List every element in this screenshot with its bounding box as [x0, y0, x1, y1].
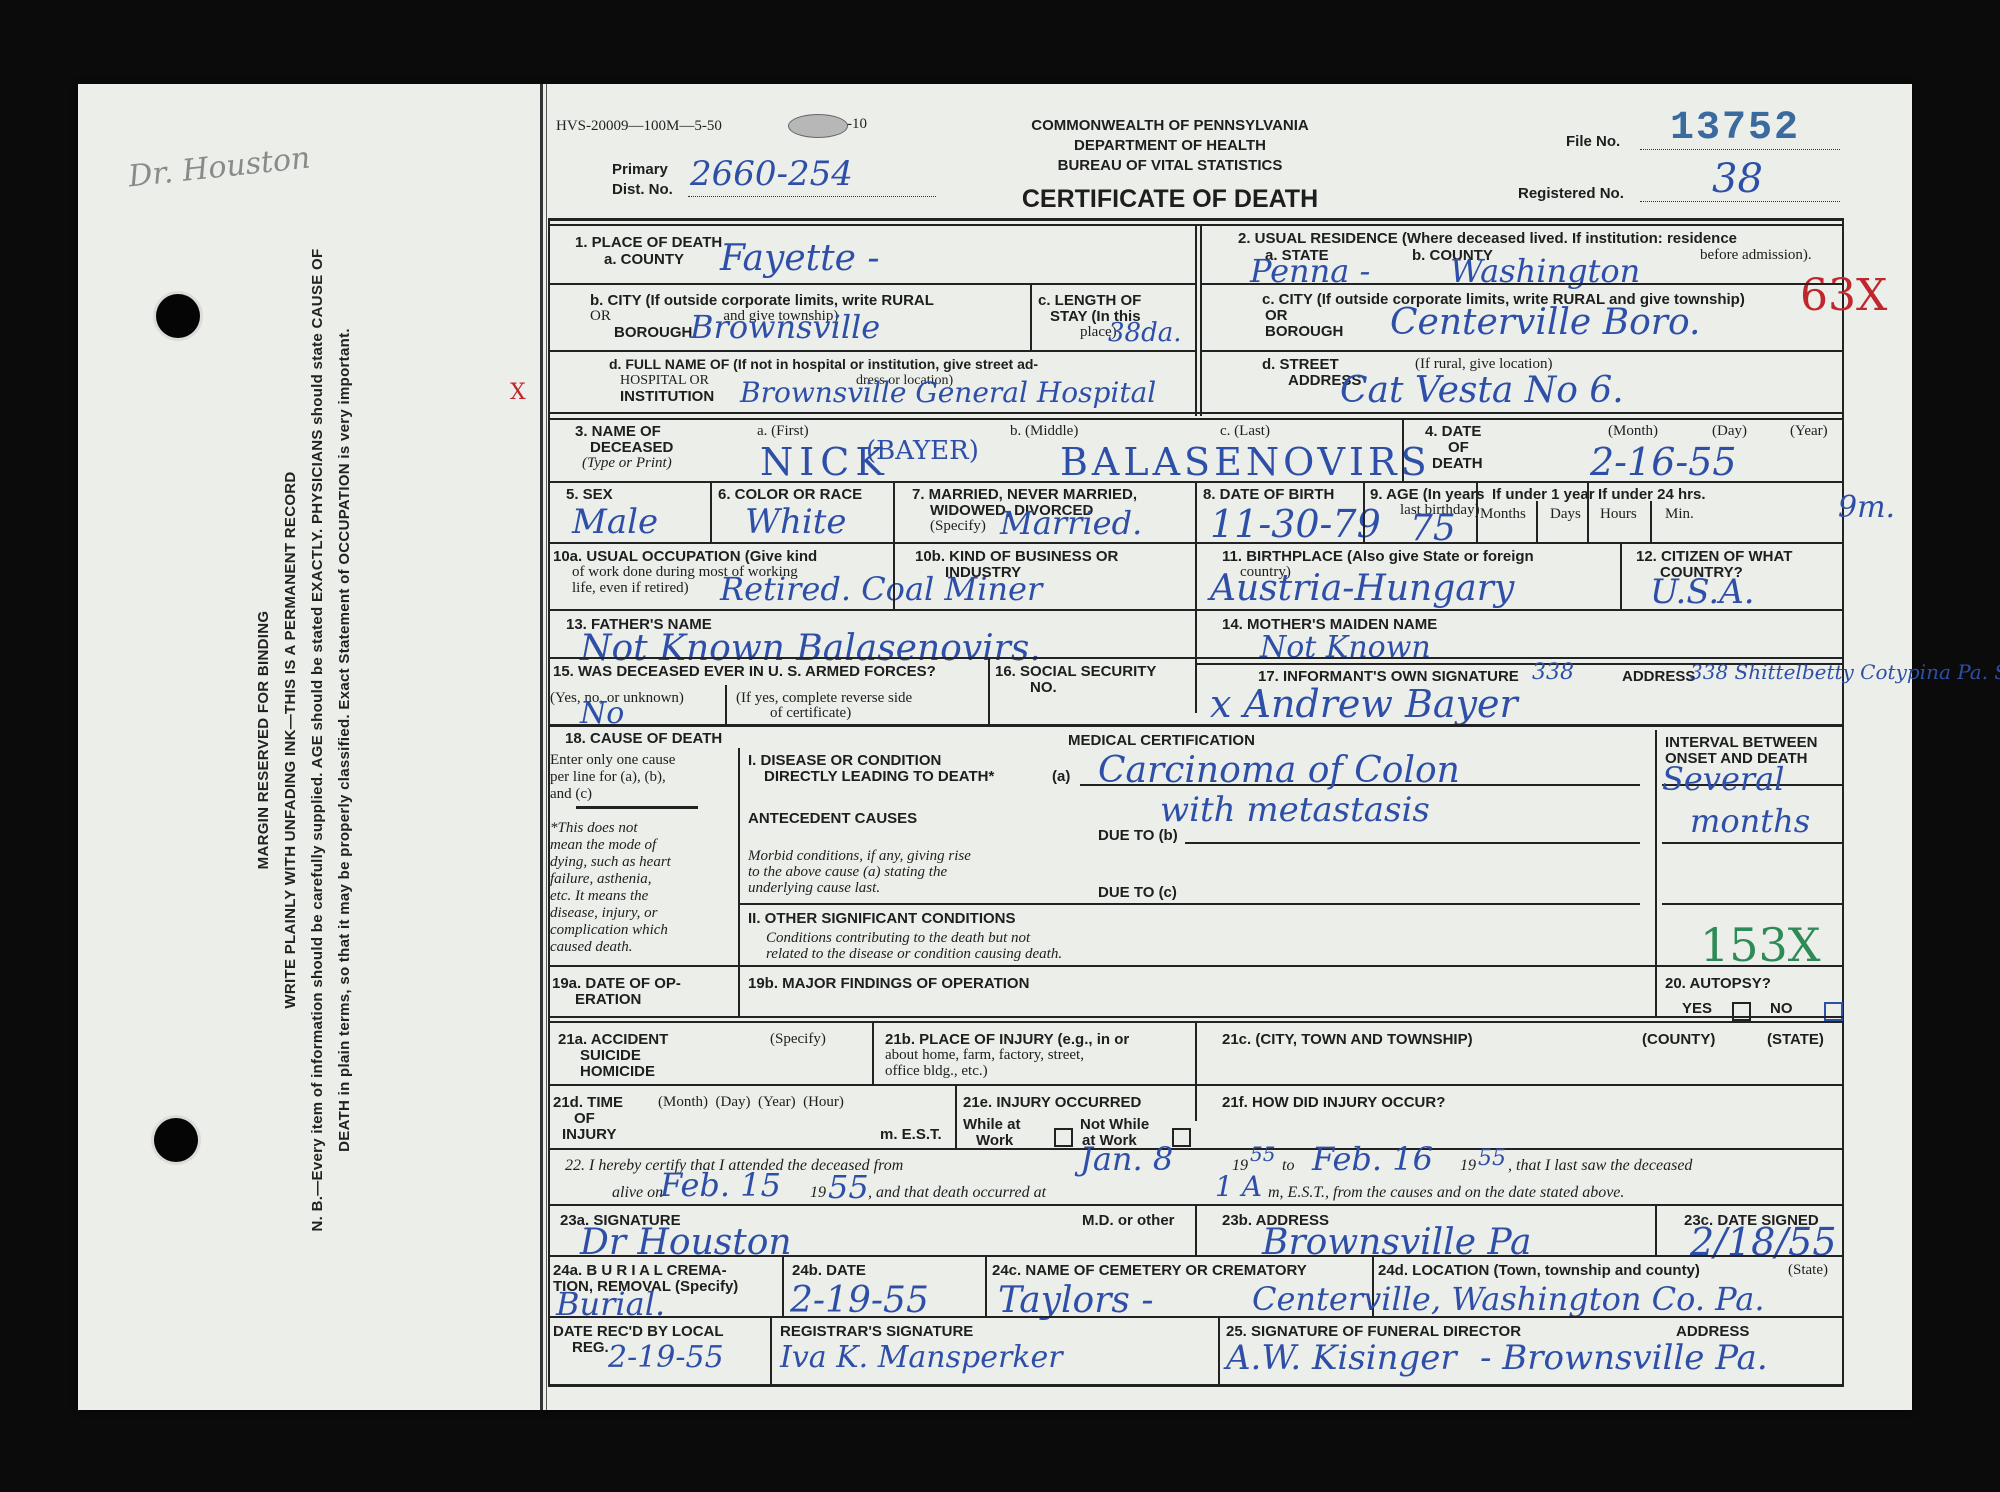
- col-divider-1: [1195, 224, 1197, 416]
- form-bottom-rule: [548, 1384, 1844, 1387]
- work-label: Work: [976, 1132, 1013, 1149]
- rule: [548, 965, 1844, 967]
- min-label: Min.: [1665, 506, 1694, 523]
- col-divider: [893, 481, 895, 543]
- burial-date-value: 2-19-55: [790, 1280, 929, 1321]
- footnote-line: caused death.: [550, 939, 738, 956]
- rule: [548, 283, 1196, 285]
- certify-to: to: [1282, 1157, 1294, 1174]
- city-value: Brownsville: [690, 308, 880, 346]
- col-divider: [872, 1021, 874, 1085]
- col-divider: [738, 965, 740, 1017]
- dod-label: 4. DATE: [1425, 423, 1481, 440]
- antecedent-label: ANTECEDENT CAUSES: [748, 810, 917, 827]
- footnote-line: mean the mode of: [550, 837, 738, 854]
- not-while-label: Not While: [1080, 1116, 1149, 1133]
- rule-thick: [548, 724, 1844, 727]
- col-divider: [710, 481, 712, 543]
- col-divider: [1195, 1204, 1197, 1256]
- interval-value-2: months: [1690, 802, 1810, 840]
- margin-line-1: MARGIN RESERVED FOR BINDING: [250, 100, 277, 1380]
- marital-label: 7. MARRIED, NEVER MARRIED,: [912, 486, 1137, 503]
- md-or-other-label: M.D. or other: [1082, 1212, 1175, 1229]
- residence-label: 2. USUAL RESIDENCE (Where deceased lived…: [1238, 230, 1737, 247]
- part2-label: II. OTHER SIGNIFICANT CONDITIONS: [748, 910, 1016, 927]
- instruction-line: and (c): [550, 786, 738, 803]
- cause-a-value: Carcinoma of Colon: [1098, 750, 1460, 791]
- col-divider: [1476, 481, 1478, 543]
- due-to-b-label: DUE TO (b): [1098, 827, 1178, 844]
- org-line-3: BUREAU OF VITAL STATISTICS: [1000, 157, 1340, 174]
- certify-19-c: 19: [810, 1184, 826, 1201]
- cause-instructions: Enter only one cause per line for (a), (…: [550, 752, 738, 803]
- col-divider: [738, 748, 740, 966]
- county-label: a. COUNTY: [604, 251, 684, 268]
- sex-value: Male: [572, 502, 658, 542]
- residence-city-value: Centerville Boro.: [1390, 302, 1700, 343]
- middle-name-value: (BAYER): [866, 436, 979, 466]
- birthplace-value: Austria-Hungary: [1210, 568, 1514, 609]
- footnote-line: failure, asthenia,: [550, 871, 738, 888]
- certify-line-1-e: , that I last saw the deceased: [1508, 1157, 1692, 1174]
- margin-line-4: DEATH in plain terms, so that it may be …: [331, 100, 358, 1380]
- col-divider: [1536, 501, 1538, 543]
- dod-of-label: OF: [1448, 439, 1469, 456]
- footnote-line: etc. It means the: [550, 888, 738, 905]
- hospital-label: d. FULL NAME OF (If not in hospital or i…: [609, 356, 1038, 373]
- funeral-director-signature: A.W. Kisinger: [1226, 1338, 1457, 1378]
- burial-type-label: 24a. B U R I A L CREMA-: [553, 1262, 727, 1279]
- place-of-injury-label: 21b. PLACE OF INJURY (e.g., in or: [885, 1031, 1129, 1048]
- autopsy-no-label: NO: [1770, 1000, 1793, 1017]
- autopsy-label: 20. AUTOPSY?: [1665, 975, 1771, 992]
- operation-findings-label: 19b. MAJOR FINDINGS OF OPERATION: [748, 975, 1029, 992]
- place-of-death-label: 1. PLACE OF DEATH: [575, 234, 722, 251]
- morbid-line-1: Morbid conditions, if any, giving rise: [748, 848, 971, 865]
- part2-line-1: Conditions contributing to the death but…: [766, 930, 1030, 947]
- street-value: Cat Vesta No 6.: [1340, 370, 1624, 411]
- burial-state-label: (State): [1788, 1262, 1828, 1279]
- death-time-value: 1 A: [1215, 1170, 1262, 1203]
- cause-label: 18. CAUSE OF DEATH: [565, 730, 722, 747]
- minutes-side-note: 9m.: [1838, 490, 1895, 525]
- interval-line-b: [1662, 842, 1842, 844]
- cemetery-value: Taylors -: [998, 1280, 1154, 1321]
- col-divider: [985, 1255, 987, 1317]
- informant-house-number: 338: [1532, 660, 1574, 685]
- deceased-label: DECEASED: [590, 439, 673, 456]
- org-line-2: DEPARTMENT OF HEALTH: [1000, 137, 1340, 154]
- last-label: c. (Last): [1220, 423, 1270, 440]
- place-of-injury-label-3: office bldg., etc.): [885, 1063, 988, 1080]
- operation-date-label-2: ERATION: [575, 991, 641, 1008]
- rule-double: [548, 1016, 1844, 1018]
- burial-location-label: 24d. LOCATION (Town, township and county…: [1378, 1262, 1700, 1279]
- suicide-label: SUICIDE: [580, 1047, 641, 1064]
- margin-line-3: N. B.—Every item of information should b…: [304, 100, 331, 1380]
- col-divider: [1587, 481, 1589, 543]
- rule: [548, 1084, 1844, 1086]
- col-divider-1b: [1200, 224, 1202, 416]
- certify-line-2-d: m, E.S.T., from the causes and on the da…: [1268, 1184, 1624, 1201]
- county-value: Fayette -: [720, 238, 880, 279]
- alive-on-year: 55: [828, 1168, 869, 1206]
- red-check-mark: X: [510, 380, 526, 405]
- footnote-line: disease, injury, or: [550, 905, 738, 922]
- registrar-signature-label: REGISTRAR'S SIGNATURE: [780, 1323, 973, 1340]
- rule: [548, 350, 1196, 352]
- attended-to-year: 55: [1478, 1146, 1506, 1171]
- funeral-director-address-value: - Brownsville Pa.: [1480, 1338, 1768, 1378]
- dod-death-label: DEATH: [1432, 455, 1483, 472]
- cemetery-label: 24c. NAME OF CEMETERY OR CREMATORY: [992, 1262, 1307, 1279]
- first-label: a. (First): [757, 423, 809, 440]
- punch-hole-top: [156, 294, 200, 338]
- place-of-injury-label-2: about home, farm, factory, street,: [885, 1047, 1084, 1064]
- rule: [548, 1255, 1844, 1257]
- ssn-label: 16. SOCIAL SECURITY: [995, 663, 1156, 680]
- month-label: (Month): [1608, 423, 1658, 440]
- org-line-1: COMMONWEALTH OF PENNSYLVANIA: [1000, 117, 1340, 134]
- occupation-label: 10a. USUAL OCCUPATION (Give kind: [553, 548, 817, 565]
- col-divider: [1655, 730, 1657, 966]
- part1-label-2: DIRECTLY LEADING TO DEATH*: [764, 768, 994, 785]
- mother-value: Not Known: [1260, 630, 1431, 665]
- registrar-signature: Iva K. Mansperker: [780, 1340, 1063, 1375]
- col-divider: [1655, 1204, 1657, 1256]
- day-label: (Day): [1712, 423, 1747, 440]
- col-divider: [988, 657, 990, 725]
- accident-label: 21a. ACCIDENT: [558, 1031, 668, 1048]
- autopsy-yes-label: YES: [1682, 1000, 1712, 1017]
- time-of-label: OF: [574, 1110, 595, 1127]
- last-name-value: BALASENOVIRS: [1060, 440, 1431, 484]
- rule-double-2: [548, 418, 1844, 420]
- alive-on-value: Feb. 15: [660, 1166, 781, 1204]
- injury-occurred-label: 21e. INJURY OCCURRED: [963, 1094, 1141, 1111]
- col-divider: [725, 685, 727, 725]
- street-label: d. STREET: [1262, 356, 1339, 373]
- form-code: HVS-20009—100M—5-50: [556, 118, 722, 135]
- type-or-print-label: (Type or Print): [582, 455, 672, 472]
- col-divider: [1363, 481, 1365, 543]
- rule: [548, 657, 1844, 659]
- red-coding-note: 63X: [1800, 270, 1887, 321]
- race-label: 6. COLOR OR RACE: [718, 486, 862, 503]
- cause-b-line: [1185, 842, 1640, 844]
- cause-a-value-2: with metastasis: [1160, 790, 1430, 830]
- injury-state-label: (STATE): [1767, 1031, 1824, 1048]
- dob-label: 8. DATE OF BIRTH: [1203, 486, 1334, 503]
- not-while-at-work-checkbox[interactable]: [1172, 1128, 1191, 1147]
- occupation-label-3: life, even if retired): [572, 580, 689, 597]
- informant-address-label: ADDRESS: [1622, 668, 1695, 685]
- informant-signature: x Andrew Bayer: [1210, 682, 1518, 726]
- registered-no-label: Registered No.: [1518, 185, 1624, 202]
- injury-city-label: 21c. (CITY, TOWN AND TOWNSHIP): [1222, 1031, 1473, 1048]
- homicide-label: HOMICIDE: [580, 1063, 655, 1080]
- stay-value: 38da.: [1108, 318, 1182, 348]
- due-to-c-label: DUE TO (c): [1098, 884, 1177, 901]
- interval-value: Several: [1662, 760, 1784, 798]
- binding-rule: [540, 84, 543, 1410]
- year-label: (Year): [1790, 423, 1828, 440]
- how-injury-label: 21f. HOW DID INJURY OCCUR?: [1222, 1094, 1445, 1111]
- morbid-line-2: to the above cause (a) stating the: [748, 864, 947, 881]
- armed-forces-hint-3: of certificate): [770, 705, 851, 722]
- col-divider: [1195, 542, 1197, 610]
- dist-no-underline: [688, 196, 936, 198]
- residence-or-label: OR: [1265, 307, 1288, 324]
- attended-from-year: 55: [1250, 1142, 1275, 1166]
- margin-line-2: WRITE PLAINLY WITH UNFADING INK—THIS IS …: [277, 100, 304, 1380]
- col-divider: [1030, 283, 1032, 351]
- punch-hole-bottom: [154, 1118, 198, 1162]
- days-label: Days: [1550, 506, 1581, 523]
- name-label: 3. NAME OF: [575, 423, 661, 440]
- dob-value: 11-30-79: [1210, 502, 1381, 546]
- footnote-line: dying, such as heart: [550, 854, 738, 871]
- medical-certification-label: MEDICAL CERTIFICATION: [1068, 732, 1255, 749]
- form-right-border: [1842, 218, 1844, 1386]
- col-divider: [893, 542, 895, 610]
- stay-label: c. LENGTH OF: [1038, 292, 1141, 309]
- union-suffix: -10: [847, 116, 867, 133]
- citizen-label: 12. CITIZEN OF WHAT: [1636, 548, 1792, 565]
- dist-no-label: Dist. No.: [612, 181, 673, 198]
- citizen-value: U.S.A.: [1650, 572, 1755, 612]
- certify-death-occurred: , and that death occurred at: [868, 1184, 1046, 1201]
- middle-label: b. (Middle): [1010, 423, 1078, 440]
- residence-borough-label: BOROUGH: [1265, 323, 1343, 340]
- cause-a-label: (a): [1052, 768, 1070, 785]
- part2-line-2: related to the disease or condition caus…: [766, 946, 1062, 963]
- col-divider: [1195, 1021, 1197, 1121]
- while-at-work-label: While at: [963, 1116, 1021, 1133]
- age-label: 9. AGE (In years: [1370, 486, 1485, 503]
- months-label: Months: [1480, 506, 1526, 523]
- date-received-value: 2-19-55: [608, 1340, 724, 1375]
- col-divider: [1655, 965, 1657, 1017]
- interval-line-c: [1662, 903, 1842, 905]
- injury-county-label: (COUNTY): [1642, 1031, 1715, 1048]
- form-top-rule: [548, 218, 1844, 221]
- instruction-line: per line for (a), (b),: [550, 769, 738, 786]
- industry-label: INDUSTRY: [945, 564, 1021, 581]
- rule: [548, 1148, 1844, 1150]
- col-divider: [782, 1255, 784, 1317]
- certify-19-b: 19: [1460, 1157, 1476, 1174]
- specify-label: (Specify): [770, 1031, 826, 1048]
- ssn-label-2: NO.: [1030, 679, 1057, 696]
- marital-value: Married.: [1000, 504, 1142, 542]
- city-label: b. CITY (If outside corporate limits, wr…: [590, 292, 934, 309]
- hours-label: Hours: [1600, 506, 1637, 523]
- burial-date-label: 24b. DATE: [792, 1262, 866, 1279]
- rule: [1200, 350, 1842, 352]
- armed-forces-label: 15. WAS DECEASED EVER IN U. S. ARMED FOR…: [553, 663, 936, 680]
- autopsy-no-checkbox-checked[interactable]: [1824, 1002, 1843, 1021]
- birthplace-label: 11. BIRTHPLACE (Also give State or forei…: [1222, 548, 1534, 565]
- file-no-value: 13752: [1670, 106, 1800, 151]
- sex-label: 5. SEX: [566, 486, 613, 503]
- col-divider: [1218, 1316, 1220, 1384]
- reg-label: REG.: [572, 1339, 609, 1356]
- informant-address-value: 338 Shittelbetty Cotypina Pa. St.: [1690, 660, 2000, 684]
- before-admission-label: before admission).: [1700, 247, 1812, 264]
- attended-to-value: Feb. 16: [1312, 1140, 1433, 1178]
- time-of-injury-label: 21d. TIME: [553, 1094, 623, 1111]
- date-signed-value: 2/18/55: [1690, 1220, 1837, 1264]
- est-label: m. E.S.T.: [880, 1126, 942, 1143]
- race-value: White: [745, 502, 847, 542]
- institution-label: INSTITUTION: [620, 388, 714, 405]
- cause-c-line: [738, 903, 1640, 905]
- hospital-value: Brownsville General Hospital: [740, 376, 1156, 409]
- page-title: CERTIFICATE OF DEATH: [960, 185, 1380, 213]
- morbid-line-3: underlying cause last.: [748, 880, 880, 897]
- binding-margin-instructions: MARGIN RESERVED FOR BINDING WRITE PLAINL…: [250, 100, 358, 1380]
- rule: [576, 806, 698, 809]
- attended-from-value: Jan. 8: [1080, 1140, 1173, 1178]
- dist-no-value: 2660-254: [690, 154, 853, 194]
- rule-double: [548, 412, 1844, 414]
- rule: [548, 1316, 1844, 1318]
- certify-alive-on: alive on: [612, 1184, 663, 1201]
- col-divider: [1402, 418, 1404, 482]
- date-received-label: DATE REC'D BY LOCAL: [553, 1323, 724, 1340]
- col-divider: [1620, 542, 1622, 610]
- part1-label: I. DISEASE OR CONDITION: [748, 752, 941, 769]
- col-divider: [770, 1316, 772, 1384]
- burial-location-value: Centerville, Washington Co. Pa.: [1252, 1280, 1765, 1318]
- binding-rule-inner: [546, 84, 547, 1410]
- instruction-line: Enter only one cause: [550, 752, 738, 769]
- col-divider: [1195, 481, 1197, 543]
- autopsy-yes-checkbox[interactable]: [1732, 1002, 1751, 1021]
- cause-footnote: *This does not mean the mode of dying, s…: [550, 820, 738, 956]
- green-coding-note: 153X: [1700, 918, 1821, 972]
- rule: [1200, 283, 1842, 285]
- injury-label: INJURY: [562, 1126, 616, 1143]
- col-divider: [1195, 609, 1197, 713]
- interval-label: INTERVAL BETWEEN: [1665, 734, 1818, 751]
- operation-date-label: 19a. DATE OF OP-: [552, 975, 681, 992]
- marital-specify-label: (Specify): [930, 518, 986, 535]
- col-divider: [1650, 501, 1652, 543]
- under-1-year-label: If under 1 year: [1492, 486, 1595, 503]
- primary-label: Primary: [612, 161, 668, 178]
- time-cols-label: (Month) (Day) (Year) (Hour): [658, 1094, 844, 1111]
- dod-value: 2-16-55: [1590, 440, 1737, 484]
- footnote-line: complication which: [550, 922, 738, 939]
- while-at-work-checkbox[interactable]: [1054, 1128, 1073, 1147]
- business-label: 10b. KIND OF BUSINESS OR: [915, 548, 1118, 565]
- col-divider: [955, 1084, 957, 1148]
- borough-label: BOROUGH: [614, 324, 692, 341]
- union-label-icon: [788, 114, 848, 138]
- file-no-label: File No.: [1566, 133, 1620, 150]
- registered-no-value: 38: [1712, 156, 1763, 202]
- footnote-line: *This does not: [550, 820, 738, 837]
